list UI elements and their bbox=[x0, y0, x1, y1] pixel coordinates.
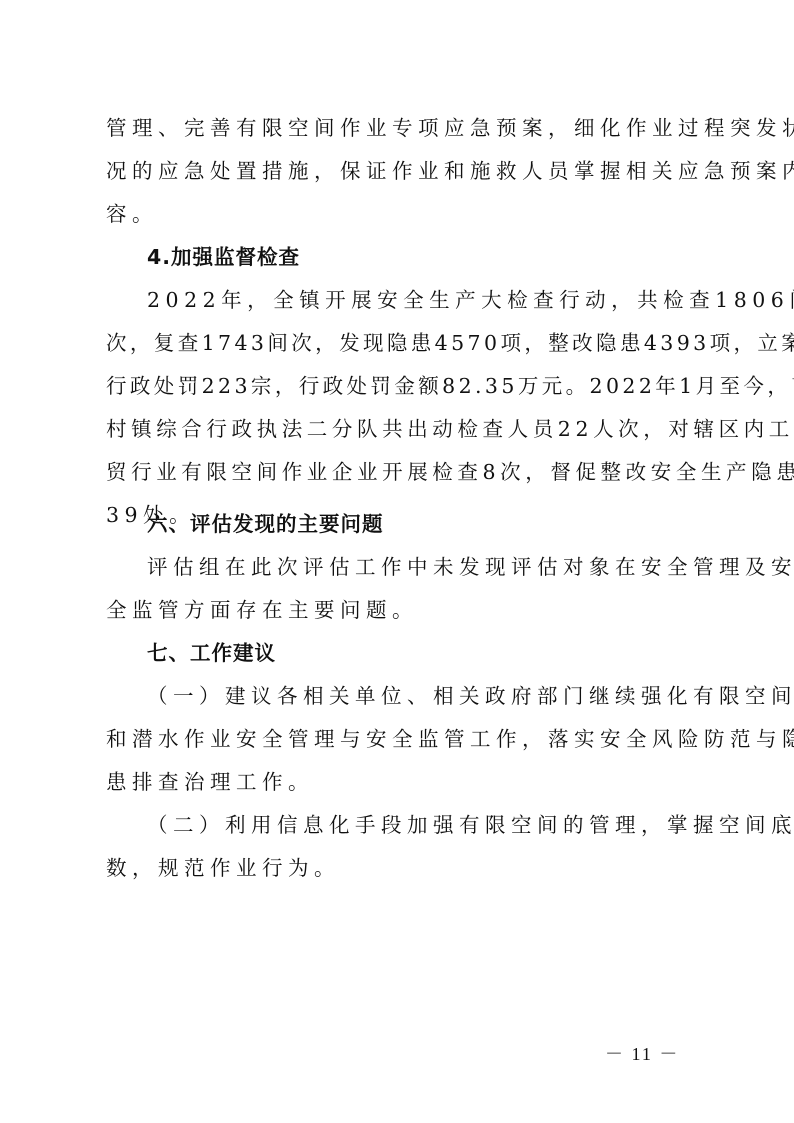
body-line: 2022年，全镇开展安全生产大检查行动，共检查1806间 bbox=[106, 280, 747, 320]
section-heading-7: 七、工作建议 bbox=[106, 633, 747, 673]
body-line: 行政处罚223宗，行政处罚金额82.35万元。2022年1月至今，南 bbox=[106, 366, 706, 406]
body-line: （一）建议各相关单位、相关政府部门继续强化有限空间 bbox=[106, 676, 747, 716]
body-line: 管理、完善有限空间作业专项应急预案，细化作业过程突发状 bbox=[106, 108, 706, 148]
body-line: 次，复查1743间次，发现隐患4570项，整改隐患4393项，立案 bbox=[106, 323, 706, 363]
body-line: 评估组在此次评估工作中未发现评估对象在安全管理及安 bbox=[106, 547, 747, 587]
body-line: 全监管方面存在主要问题。 bbox=[106, 590, 706, 630]
body-line: 容。 bbox=[106, 194, 706, 234]
body-line: 村镇综合行政执法二分队共出动检查人员22人次，对辖区内工 bbox=[106, 409, 706, 449]
body-line: 数，规范作业行为。 bbox=[106, 848, 706, 888]
section-heading-problems: 六、评估发现的主要问题 bbox=[106, 504, 747, 544]
section-heading-4: 4.加强监督检查 bbox=[106, 237, 747, 277]
page-number: － 11 － bbox=[605, 1040, 679, 1066]
body-line: （二）利用信息化手段加强有限空间的管理，掌握空间底 bbox=[106, 805, 747, 845]
body-line: 况的应急处置措施，保证作业和施救人员掌握相关应急预案内 bbox=[106, 151, 706, 191]
body-line: 患排查治理工作。 bbox=[106, 762, 706, 802]
body-line: 贸行业有限空间作业企业开展检查8次，督促整改安全生产隐患 bbox=[106, 452, 706, 492]
body-line: 和潜水作业安全管理与安全监管工作，落实安全风险防范与隐 bbox=[106, 719, 706, 759]
